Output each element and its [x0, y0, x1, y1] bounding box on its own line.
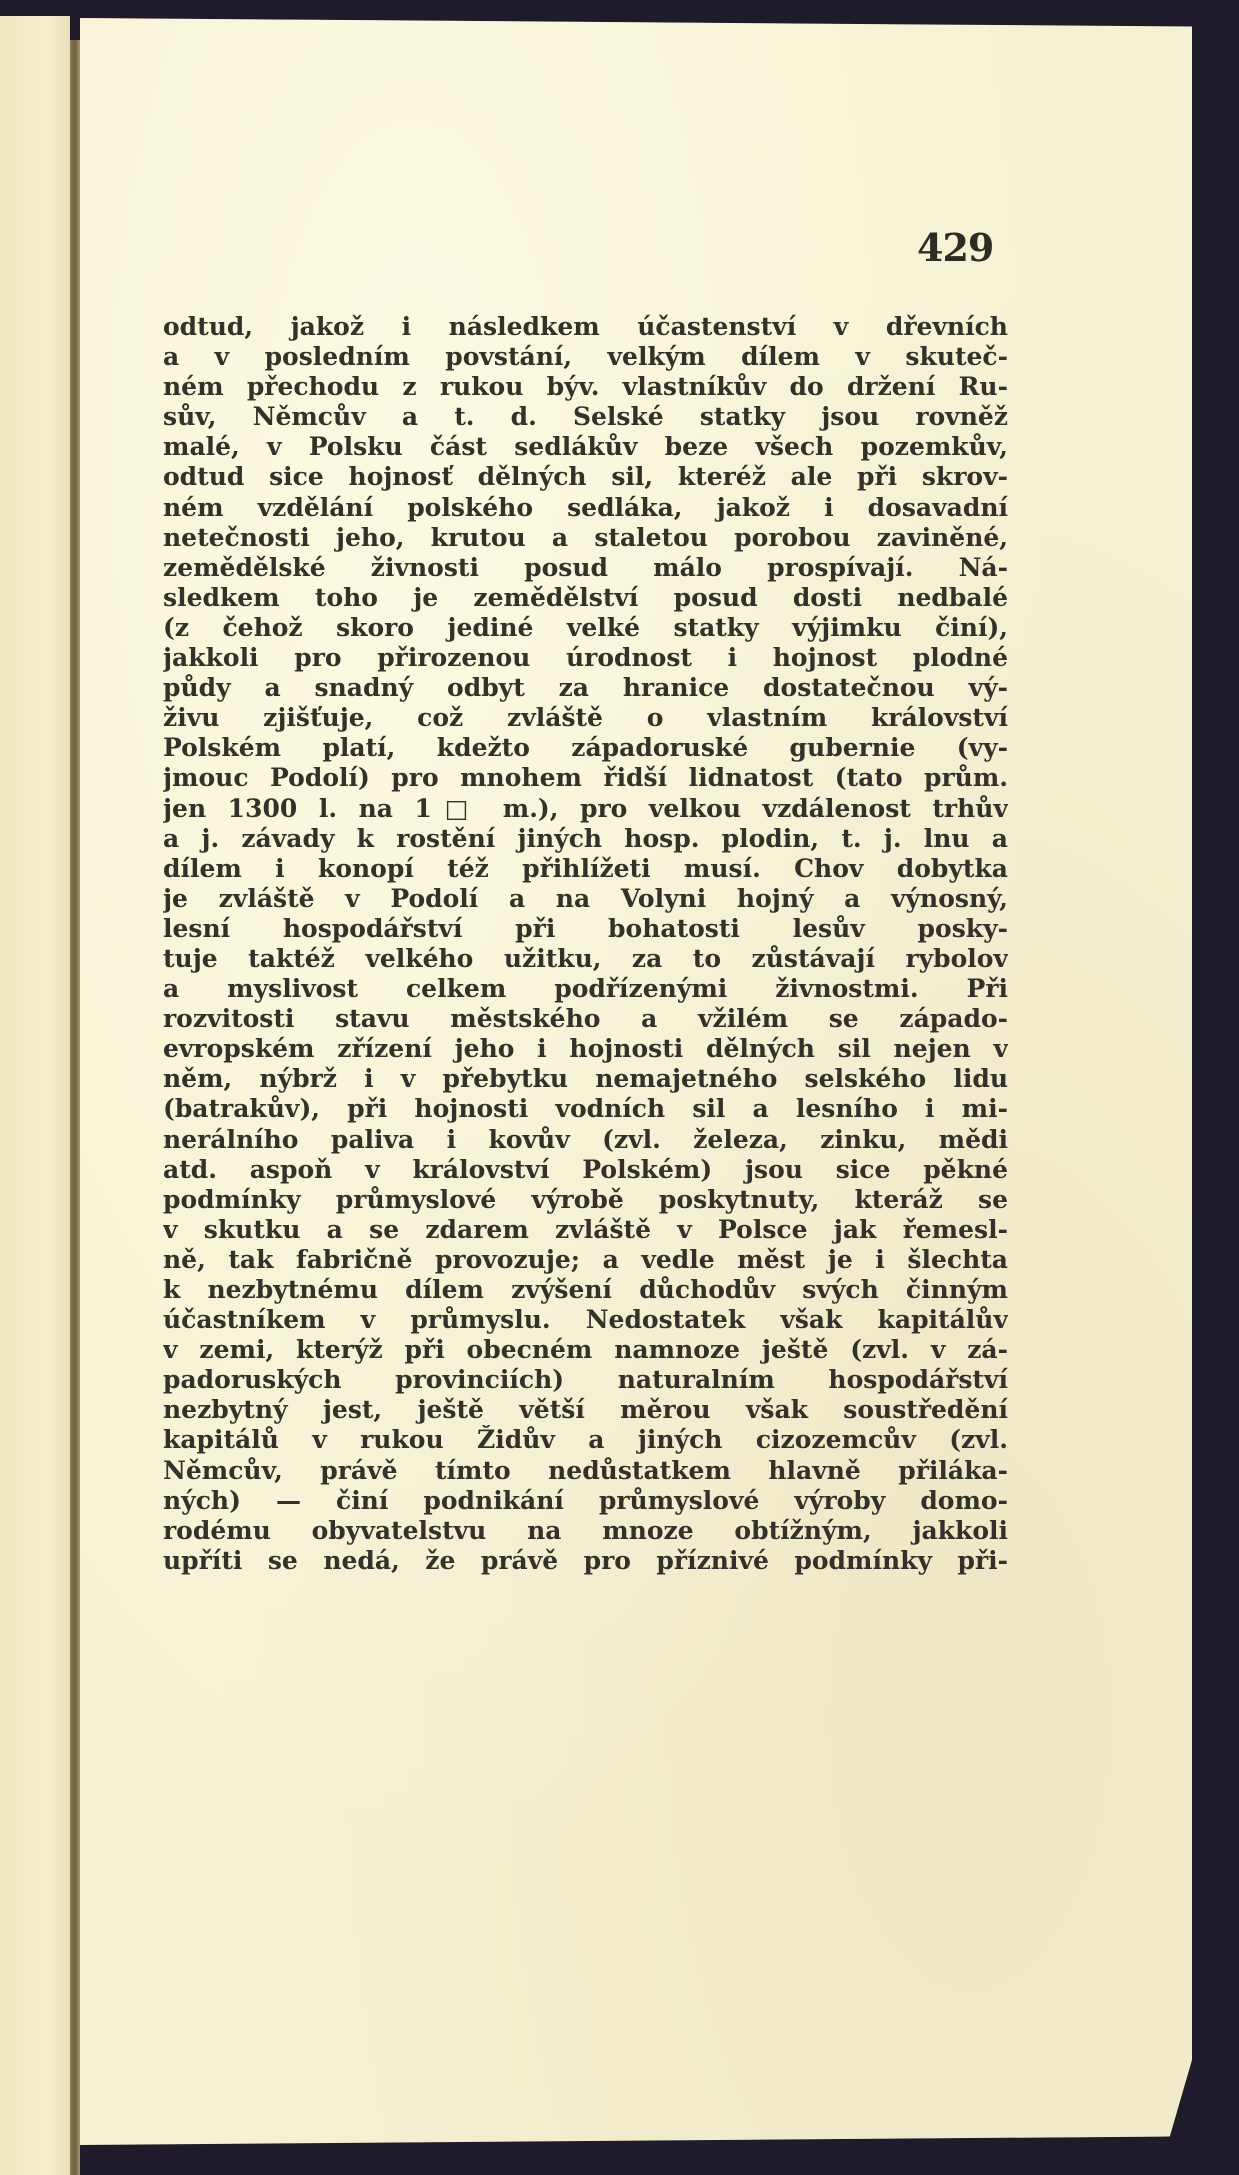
text-line: ných) — činí podnikání průmyslové výroby…: [163, 1486, 1008, 1516]
text-line: ném vzdělání polského sedláka, jakož i d…: [163, 493, 1008, 523]
text-line: k nezbytnému dílem zvýšení důchodův svýc…: [163, 1275, 1008, 1305]
text-line: upříti se nedá, že právě pro příznivé po…: [163, 1546, 1008, 1576]
text-line: v zemi, kterýž při obecném namnoze ještě…: [163, 1335, 1008, 1365]
book-gutter: [70, 40, 80, 2175]
text-line: sův, Němcův a t. d. Selské statky jsou r…: [163, 402, 1008, 432]
text-line: živu zjišťuje, což zvláště o vlastním kr…: [163, 703, 1008, 733]
text-line: evropském zřízení jeho i hojnosti dělnýc…: [163, 1034, 1008, 1064]
text-line: ném přechodu z rukou býv. vlastníkův do …: [163, 372, 1008, 402]
text-line: Polském platí, kdežto západoruské gubern…: [163, 733, 1008, 763]
text-line: lesní hospodářství při bohatosti lesův p…: [163, 914, 1008, 944]
text-line: jmouc Podolí) pro mnohem řidší lidnatost…: [163, 763, 1008, 793]
text-line: a myslivost celkem podřízenými živnostmi…: [163, 974, 1008, 1004]
scanned-book-spread: 429 odtud, jakož i následkem účastenství…: [0, 0, 1239, 2175]
text-line: rozvitosti stavu městského a vžilém se z…: [163, 1004, 1008, 1034]
text-line: nerálního paliva i kovův (zvl. železa, z…: [163, 1125, 1008, 1155]
text-line: jakkoli pro přirozenou úrodnost i hojnos…: [163, 643, 1008, 673]
text-line: rodému obyvatelstvu na mnoze obtížným, j…: [163, 1516, 1008, 1546]
text-line: účastníkem v průmyslu. Nedostatek však k…: [163, 1305, 1008, 1335]
text-line: malé, v Polsku část sedlákův beze všech …: [163, 432, 1008, 462]
text-line: kapitálů v rukou Židův a jiných cizozemc…: [163, 1425, 1008, 1455]
text-line: je zvláště v Podolí a na Volyni hojný a …: [163, 884, 1008, 914]
page-number: 429: [917, 225, 993, 270]
text-line: netečnosti jeho, krutou a staletou porob…: [163, 523, 1008, 553]
text-line: v skutku a se zdarem zvláště v Polsce ja…: [163, 1215, 1008, 1245]
text-line: půdy a snadný odbyt za hranice dostatečn…: [163, 673, 1008, 703]
text-line: dílem i konopí též přihlížeti musí. Chov…: [163, 854, 1008, 884]
text-line: ně, tak fabričně provozuje; a vedle měst…: [163, 1245, 1008, 1275]
text-line: něm, nýbrž i v přebytku nemajetného sels…: [163, 1064, 1008, 1094]
text-line: podmínky průmyslové výrobě poskytnuty, k…: [163, 1185, 1008, 1215]
text-line: a v posledním povstání, velkým dílem v s…: [163, 342, 1008, 372]
text-line: odtud, jakož i následkem účastenství v d…: [163, 312, 1008, 342]
text-line: atd. aspoň v království Polském) jsou si…: [163, 1155, 1008, 1185]
text-line: a j. závady k rostění jiných hosp. plodi…: [163, 824, 1008, 854]
text-line: tuje taktéž velkého užitku, za to zůstáv…: [163, 944, 1008, 974]
text-line: (z čehož skoro jediné velké statky výjim…: [163, 613, 1008, 643]
body-text: odtud, jakož i následkem účastenství v d…: [163, 312, 1008, 1576]
text-line: nezbytný jest, ještě větší měrou však so…: [163, 1395, 1008, 1425]
text-line: zemědělské živnosti posud málo prospívaj…: [163, 553, 1008, 583]
text-line: jen 1300 l. na 1□ m.), pro velkou vzdále…: [163, 794, 1008, 824]
text-line: sledkem toho je zemědělství posud dosti …: [163, 583, 1008, 613]
text-line: Němcův, právě tímto nedůstatkem hlavně p…: [163, 1456, 1008, 1486]
text-line: odtud sice hojnosť dělných sil, kteréž a…: [163, 462, 1008, 492]
text-line: (batrakův), při hojnosti vodních sil a l…: [163, 1094, 1008, 1124]
left-page-edge: [0, 16, 70, 2175]
text-line: padoruských provinciích) naturalním hosp…: [163, 1365, 1008, 1395]
